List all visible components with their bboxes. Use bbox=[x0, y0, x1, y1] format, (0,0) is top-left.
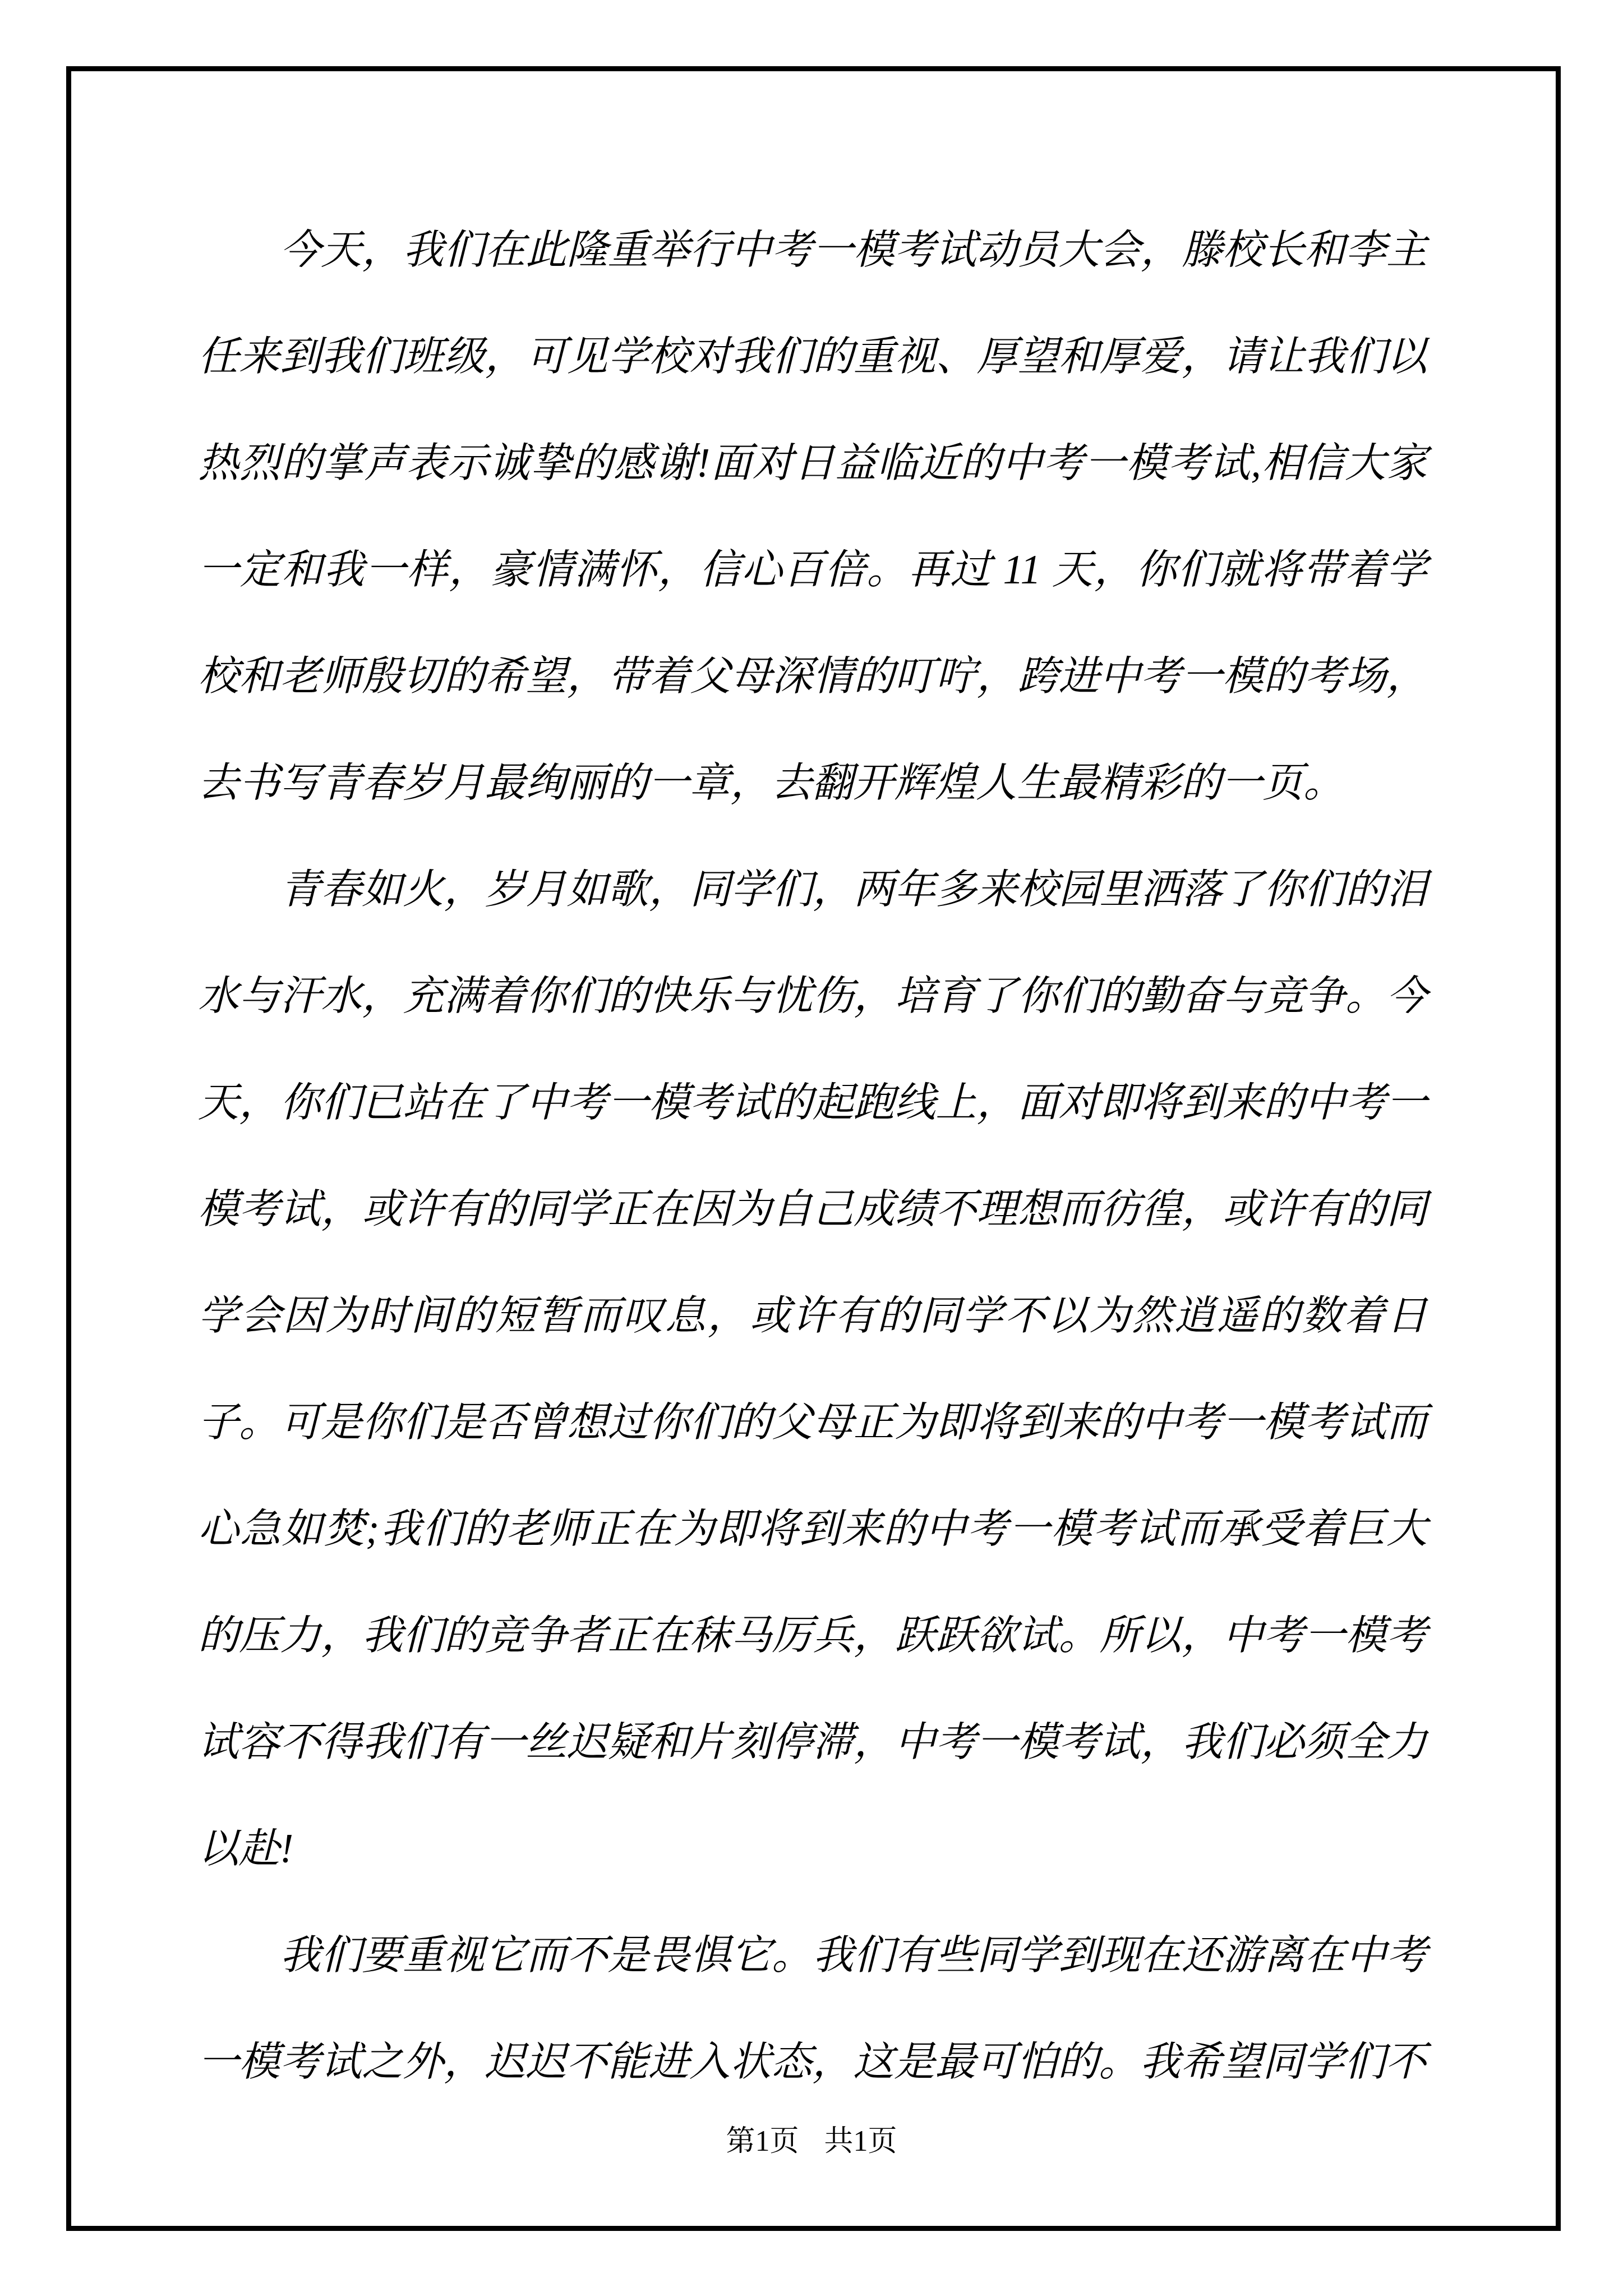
document-text: 今天，我们在此隆重举行中考一模考试动员大会，滕校长和李主任来到我们班级，可见学校… bbox=[198, 197, 1427, 2115]
paragraph-1: 今天，我们在此隆重举行中考一模考试动员大会，滕校长和李主任来到我们班级，可见学校… bbox=[198, 197, 1427, 836]
page-footer: 第1页共1页 bbox=[0, 2125, 1623, 2159]
paragraph-3: 我们要重视它而不是畏惧它。我们有些同学到现在还游离在中考一模考试之外，迟迟不能进… bbox=[198, 1902, 1427, 2115]
footer-total-pages: 共1页 bbox=[824, 2125, 897, 2157]
footer-page-number: 第1页 bbox=[726, 2125, 799, 2157]
paragraph-2: 青春如火，岁月如歌，同学们，两年多来校园里洒落了你们的泪水与汗水，充满着你们的快… bbox=[198, 836, 1427, 1902]
